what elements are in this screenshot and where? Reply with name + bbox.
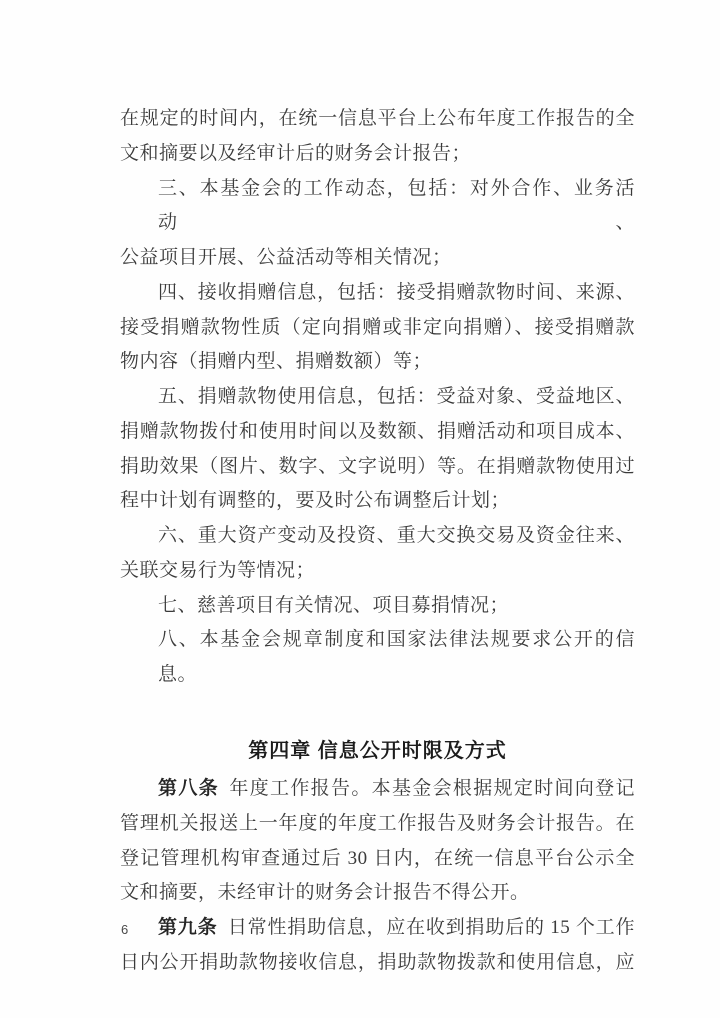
- body-line: 物内容（捐赠内型、捐赠数额）等；: [120, 345, 635, 380]
- body-line: 第九条日常性捐助信息，应在收到捐助后的 15 个工作: [120, 911, 635, 946]
- body-line: 日内公开捐助款物接收信息，捐助款物拨款和使用信息，应: [120, 946, 635, 981]
- body-line: 捐赠款物拨付和使用时间以及数额、捐赠活动和项目成本、: [120, 415, 635, 450]
- body-line: 登记管理机构审查通过后 30 日内，在统一信息平台公示全: [120, 842, 635, 877]
- body-line: 文和摘要，未经审计的财务会计报告不得公开。: [120, 876, 635, 911]
- page-content: 在规定的时间内，在统一信息平台上公布年度工作报告的全 文和摘要以及经审计后的财务…: [120, 102, 635, 981]
- body-line-text: 日常性捐助信息，应在收到捐助后的 15 个工作: [228, 917, 635, 938]
- document-page: 在规定的时间内，在统一信息平台上公布年度工作报告的全 文和摘要以及经审计后的财务…: [0, 0, 720, 1018]
- body-line: 八、本基金会规章制度和国家法律法规要求公开的信息。: [120, 623, 635, 693]
- body-line: 捐助效果（图片、数字、文字说明）等。在捐赠款物使用过: [120, 450, 635, 485]
- page-number: 6: [121, 922, 128, 938]
- body-line-text: 年度工作报告。本基金会根据规定时间向登记: [229, 778, 635, 799]
- body-line: 三、本基金会的工作动态，包括：对外合作、业务活动、: [120, 172, 635, 242]
- body-line: 在规定的时间内，在统一信息平台上公布年度工作报告的全: [120, 102, 635, 137]
- article-number: 第九条: [158, 917, 217, 938]
- chapter-heading: 第四章 信息公开时限及方式: [120, 734, 635, 769]
- body-line: 程中计划有调整的，要及时公布调整后计划；: [120, 484, 635, 519]
- body-line: 文和摘要以及经审计后的财务会计报告；: [120, 137, 635, 172]
- body-line: 公益项目开展、公益活动等相关情况；: [120, 241, 635, 276]
- body-line: 管理机关报送上一年度的年度工作报告及财务会计报告。在: [120, 807, 635, 842]
- body-line: 五、捐赠款物使用信息，包括：受益对象、受益地区、: [120, 380, 635, 415]
- body-line: 关联交易行为等情况；: [120, 554, 635, 589]
- body-line: 七、慈善项目有关情况、项目募捐情况；: [120, 589, 635, 624]
- body-line: 四、接收捐赠信息，包括：接受捐赠款物时间、来源、: [120, 276, 635, 311]
- body-line: 接受捐赠款物性质（定向捐赠或非定向捐赠）、接受捐赠款: [120, 311, 635, 346]
- article-number: 第八条: [158, 778, 219, 799]
- body-line: 第八条年度工作报告。本基金会根据规定时间向登记: [120, 772, 635, 807]
- body-line: 六、重大资产变动及投资、重大交换交易及资金往来、: [120, 519, 635, 554]
